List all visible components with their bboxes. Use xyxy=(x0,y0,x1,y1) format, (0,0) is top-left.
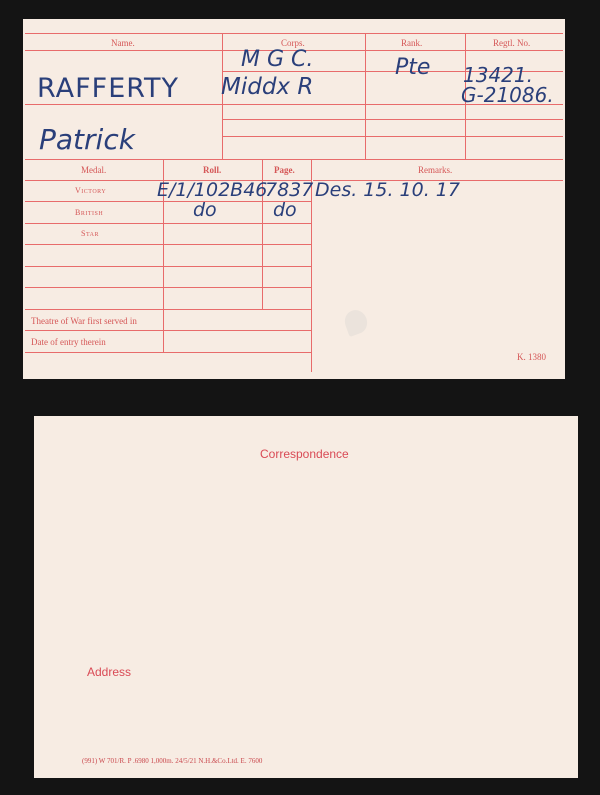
rule xyxy=(25,309,311,310)
page-header: Page. xyxy=(274,165,295,175)
printer-line: (991) W 701/R. P .6980 1,000m. 24/5/21 N… xyxy=(82,757,262,765)
medal-victory: Victory xyxy=(75,186,106,195)
address-label: Address xyxy=(87,665,131,679)
british-roll: do xyxy=(193,199,217,221)
rule xyxy=(365,33,366,159)
rank-entry: Pte xyxy=(395,55,430,80)
medal-british: British xyxy=(75,208,103,217)
rule xyxy=(25,159,563,160)
medal-index-card-back: Correspondence Address (991) W 701/R. P … xyxy=(34,416,578,778)
rule xyxy=(25,330,311,331)
rule xyxy=(25,266,311,267)
surname: RAFFERTY xyxy=(37,73,179,104)
victory-roll: E/1/102B46 xyxy=(157,179,267,201)
corps-entry-2: Middx R xyxy=(221,74,313,100)
rule xyxy=(25,352,311,353)
victory-remarks: Des. 15. 10. 17 xyxy=(315,179,460,201)
corps-entry-1: M G C. xyxy=(241,47,313,72)
rule xyxy=(25,244,311,245)
form-code: K. 1380 xyxy=(517,352,546,362)
rule xyxy=(25,223,311,224)
british-page: do xyxy=(273,199,297,221)
leaf-watermark-icon xyxy=(342,307,371,337)
regtl-no-header: Regtl. No. xyxy=(493,38,530,48)
medal-index-card-front: Name. Corps. Rank. Regtl. No. Medal. Rol… xyxy=(23,19,565,379)
rule xyxy=(223,119,563,120)
date-entry-label: Date of entry therein xyxy=(31,337,106,347)
name-header: Name. xyxy=(111,38,135,48)
rule xyxy=(223,136,563,137)
victory-page: 7837 xyxy=(265,179,313,201)
theatre-label: Theatre of War first served in xyxy=(31,316,137,326)
roll-header: Roll. xyxy=(203,165,221,175)
forename: Patrick xyxy=(39,123,135,156)
remarks-header: Remarks. xyxy=(418,165,452,175)
rank-header: Rank. xyxy=(401,38,422,48)
medal-header: Medal. xyxy=(81,165,106,175)
regtl-no-entry-2: G-21086. xyxy=(461,83,554,107)
rule xyxy=(25,201,311,202)
correspondence-label: Correspondence xyxy=(260,447,349,461)
rule xyxy=(25,33,563,34)
rule xyxy=(25,287,311,288)
medal-star: Star xyxy=(81,229,99,238)
